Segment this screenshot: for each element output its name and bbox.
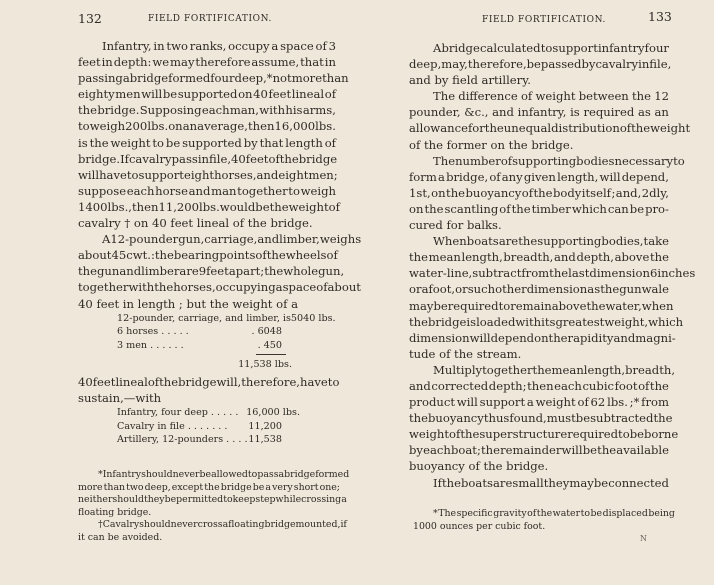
text-line: cured for balks. [409, 217, 669, 233]
text-line: thebridge.Supposingeachman,withhisarms, [78, 102, 336, 118]
text-line: Whenboatsarethesupportingbodies,take [409, 233, 669, 249]
text-line: dimensionwilldependontherapidityandmagni… [409, 330, 669, 346]
text-line: buoyancy of the bridge. [409, 458, 669, 474]
text-line: 40 feet in length ; but the weight of a [78, 296, 336, 312]
paragraph: 40feetlinealofthebridgewill,therefore,ha… [78, 374, 336, 406]
text-line: thegunandlimberare9feetapart;thewholegun… [78, 263, 336, 279]
text-line: and by field artillery. [409, 72, 669, 88]
table-value: 11,200 [248, 420, 300, 434]
table-row: Cavalry in file . . . . . . . 11,200 [117, 420, 300, 434]
text-line: cavalry † on 40 feet lineal of the bridg… [78, 215, 336, 231]
text-line: water-line,subtractfromthelastdimension6… [409, 265, 669, 281]
signature-mark: N [640, 534, 647, 543]
table-row: Artillery, 12-pounders . . . . 11,538 [117, 433, 300, 447]
table-item: Artillery, 12-pounders . . . . [117, 433, 248, 447]
running-head: FIELD FORTIFICATION. [482, 15, 606, 25]
footnotes: *Infantryshouldneverbeallowedtopassabrid… [78, 469, 340, 545]
footnote-line: *Infantryshouldneverbeallowedtopassabrid… [78, 469, 340, 482]
table-row: 3 men . . . . . . . 450 [117, 339, 292, 353]
text-line: willhavetosupporteighthorses,andeightmen… [78, 167, 336, 183]
paragraph: Abridgecalculatedtosupportinfantryfour d… [409, 40, 669, 88]
body-text: Abridgecalculatedtosupportinfantryfour d… [409, 40, 669, 491]
text-line: about45cwt.:thebearingpointsofthewheelso… [78, 247, 336, 263]
paragraph: Multiplytogetherthemeanlength,breadth, a… [409, 362, 669, 475]
table-value: 16,000 lbs. [246, 406, 300, 420]
paragraph: Thedifferenceofweightbetweenthe12 pounde… [409, 88, 669, 152]
right-page: FIELD FORTIFICATION. 133 Abridgecalculat… [357, 0, 714, 585]
footnote-line: neithershouldtheybepermittedtokeepstepwh… [78, 494, 340, 507]
page-number: 133 [648, 9, 672, 24]
text-line: of the former on the bridge. [409, 137, 669, 153]
text-line: 1400lbs.,then11,200lbs.wouldbetheweighto… [78, 199, 336, 215]
text-line: productwillsupportaweightof62lbs.;*from [409, 394, 669, 410]
load-table: Infantry, four deep . . . . . 16,000 lbs… [117, 406, 300, 447]
page-number: 132 [78, 11, 102, 26]
text-line: 1st,onthebuoyancyofthebodyitself;and,2dl… [409, 185, 669, 201]
text-line: thebuoyancythusfound,mustbesubtractedthe [409, 410, 669, 426]
footnotes: *Thespecificgravityofthewatertobedisplac… [413, 508, 675, 533]
paragraph: Thenumberofsupportingbodiesnecessaryto f… [409, 153, 669, 233]
text-line: themeanlength,breadth,anddepth,abovethe [409, 249, 669, 265]
text-line: 40feetlinealofthebridgewill,therefore,ha… [78, 374, 336, 390]
table-item: 3 men . . . . . . [117, 339, 184, 353]
footnote: †Cavalryshouldnevercrossafloatingbridgem… [78, 519, 340, 544]
table-total-row: 11,538 lbs. [117, 358, 292, 372]
footnote-line: floating bridge. [78, 507, 340, 520]
paragraph: Infantry,intworanks,occupyaspaceof3 feet… [78, 38, 336, 231]
text-line: allowancefortheunequaldistributionofthew… [409, 120, 669, 136]
text-line: mayberequiredtoremainabovethewater,when [409, 298, 669, 314]
text-line: Thenumberofsupportingbodiesnecessaryto [409, 153, 669, 169]
footnote-line: 1000 ounces per cubic foot. [413, 521, 675, 534]
text-line: istheweighttobesupportedbythatlengthof [78, 135, 336, 151]
footnote-line: †Cavalryshouldnevercrossafloatingbridgem… [78, 519, 340, 532]
table-total: 11,538 lbs. [238, 358, 292, 372]
text-line: bridge.Ifcavalrypassinfile,40feetofthebr… [78, 151, 336, 167]
table-item: Cavalry in file . . . . . . . [117, 420, 227, 434]
left-page: 132 FIELD FORTIFICATION. Infantry,intwor… [0, 0, 357, 585]
text-line: eightymenwillbesupportedon40feetlinealof [78, 86, 336, 102]
text-line: byeachboat;theremainderwillbetheavailabl… [409, 442, 669, 458]
text-line: Thedifferenceofweightbetweenthe12 [409, 88, 669, 104]
text-line: togetherwiththehorses,occupyingaspaceofa… [78, 279, 336, 295]
table-row: Infantry, four deep . . . . . 16,000 lbs… [117, 406, 300, 420]
text-line: Infantry,intworanks,occupyaspaceof3 [78, 38, 336, 54]
text-line: A12-poundergun,carriage,andlimber,weighs [78, 231, 336, 247]
table-value: 5040 lbs. [291, 312, 336, 326]
text-line: Abridgecalculatedtosupportinfantryfour [409, 40, 669, 56]
text-line: thebridgeisloadedwithitsgreatestweight,w… [409, 314, 669, 330]
sum-rule [256, 354, 286, 355]
text-line: weightofthesuperstructurerequiredtobebor… [409, 426, 669, 442]
weight-table: 12-pounder, carriage, and limber, is 504… [117, 312, 292, 372]
table-row: 6 horses . . . . . . 6048 [117, 325, 292, 339]
text-line: toweigh200lbs.onanaverage,then16,000lbs. [78, 118, 336, 134]
text-line: feetindepth:wemaythereforeassume,thatin [78, 54, 336, 70]
text-line: tude of the stream. [409, 346, 669, 362]
paragraph: Iftheboatsaresmalltheymaybeconnected [409, 475, 669, 491]
table-row: 12-pounder, carriage, and limber, is 504… [117, 312, 292, 326]
footnote-line: it can be avoided. [78, 532, 340, 545]
text-line: supposeeachhorseandmantogethertoweigh [78, 183, 336, 199]
paragraph: A12-poundergun,carriage,andlimber,weighs… [78, 231, 336, 311]
text-line: pounder,&c.,andinfantry,isrequiredasan [409, 104, 669, 120]
text-line: sustain,—with [78, 390, 336, 406]
footnote-line: morethantwodeep,exceptthebridgebeaverysh… [78, 482, 340, 495]
table-item: 6 horses . . . . . [117, 325, 189, 339]
text-line: passingabridgeformedfourdeep,*notmoretha… [78, 70, 336, 86]
text-line: onthescantlingofthetimberwhichcanbepro- [409, 201, 669, 217]
text-line: Multiplytogetherthemeanlength,breadth, [409, 362, 669, 378]
table-item: Infantry, four deep . . . . . [117, 406, 238, 420]
text-line: andcorrecteddepth;theneachcubicfootofthe [409, 378, 669, 394]
text-line: Iftheboatsaresmalltheymaybeconnected [409, 475, 669, 491]
running-head: FIELD FORTIFICATION. [148, 14, 272, 24]
footnote: *Infantryshouldneverbeallowedtopassabrid… [78, 469, 340, 519]
table-value: 11,538 [248, 433, 300, 447]
table-item: 12-pounder, carriage, and limber, is [117, 312, 291, 326]
text-line: deep,may,therefore,bepassedbycavalryinfi… [409, 56, 669, 72]
paragraph: Whenboatsarethesupportingbodies,take the… [409, 233, 669, 362]
body-text: Infantry,intworanks,occupyaspaceof3 feet… [78, 38, 336, 447]
footnote: *Thespecificgravityofthewatertobedisplac… [413, 508, 675, 533]
table-value: . 6048 [251, 325, 292, 339]
text-line: formabridge,ofanygivenlength,willdepend, [409, 169, 669, 185]
footnote-line: *Thespecificgravityofthewatertobedisplac… [413, 508, 675, 521]
text-line: orafoot,orsuchotherdimensionasthegunwale [409, 281, 669, 297]
table-value: . 450 [258, 339, 292, 353]
